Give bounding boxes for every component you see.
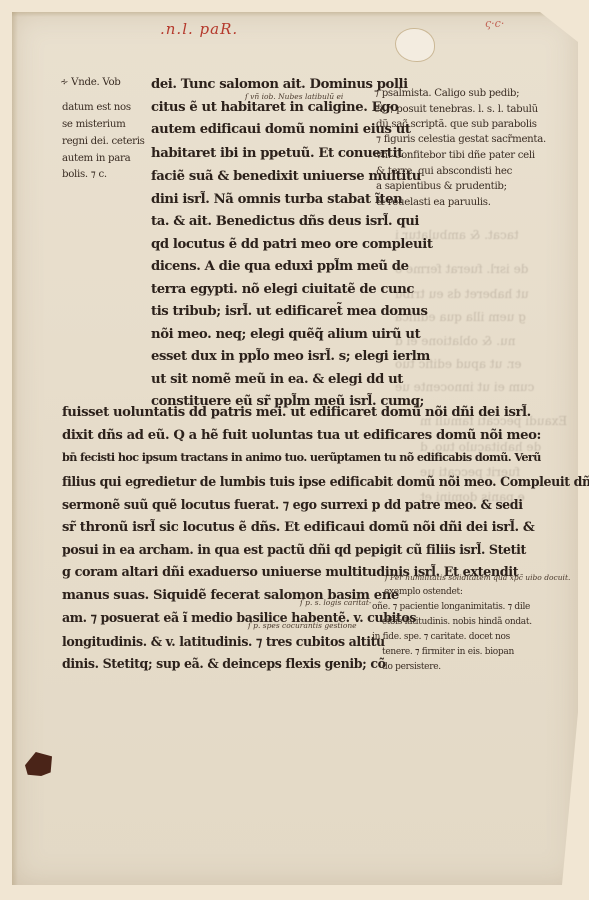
main-text-line: tis tribub; isrl̃. ut edificaret̃ mea do… — [151, 304, 427, 319]
main-text-line: dini isrl̃. Nã omnis turba stabat ĩten — [151, 192, 402, 207]
main-text-line: nõi meo. neq; elegi quẽq̃ alium uirũ ut — [151, 327, 420, 342]
main-text-line: terra egypti. nõ elegi ciuitatẽ de cunc — [151, 282, 414, 297]
parchment-hole — [395, 28, 435, 62]
main-text-line: longitudinis. & v. latitudinis. ⁊ tres c… — [62, 634, 385, 649]
main-text-line: dei. Tunc salomon ait. Dominus polli — [151, 77, 408, 92]
main-text-line: autem edificaui domũ nomini eius ut — [151, 122, 411, 137]
main-text-line: filius qui egredietur de lumbis tuis ips… — [62, 474, 589, 489]
main-text-line: sermonẽ suũ quẽ locutus fuerat. ⁊ ego su… — [62, 497, 523, 512]
left-gloss-line: se misterium — [62, 119, 126, 130]
main-text-line: habitaret ibi in ppetuũ. Et conuertit — [151, 146, 403, 161]
main-text-line: dinis. Stetitq; sup eã. & deinceps flexi… — [62, 656, 386, 671]
verso-show-through: ut haberet ds eu tribu — [395, 287, 529, 301]
left-gloss-line: datum est nos — [62, 102, 131, 113]
right-gloss-line: oñe. ⁊ pacientie longanimitatis. ⁊ dile — [372, 602, 530, 612]
main-text-line: posui in ea archam. in qua est pactũ dñi… — [62, 542, 526, 557]
main-text-line: g coram altari dñi exaduerso uniuerse mu… — [62, 565, 518, 580]
main-text-line: bn̄ fecisti hoc ipsum tractans in animo … — [62, 450, 541, 464]
main-text-line: sr̃ thronũ isrl̃ sic locutus ẽ dñs. Et e… — [62, 520, 534, 535]
folio-mark: ς·c· — [485, 17, 504, 30]
left-gloss-line: ∻ Vnde. Vob — [60, 77, 121, 88]
verso-show-through: cum ei ut innocente ue — [395, 380, 534, 394]
left-gloss-line: regni dei. ceteris — [62, 136, 145, 147]
right-gloss-line: exemplo ostendet: — [384, 587, 463, 597]
right-gloss-line: in fide. spe. ⁊ caritate. docet nos — [372, 632, 510, 642]
main-text-line: am. ⁊ posuerat eã ĩ medio basilice haben… — [62, 610, 416, 625]
main-text-line: qd locutus ẽ dd patri meo ore compleuit — [151, 237, 433, 252]
running-head: .n.l. paR. — [160, 20, 238, 38]
left-gloss-line: autem in para — [62, 153, 130, 164]
left-gloss-line: bolis. ⁊ c. — [62, 169, 107, 180]
right-gloss-line: do persistere. — [382, 662, 441, 672]
main-text-line: fuisset uoluntatis dd patris mei. ut edi… — [62, 405, 531, 420]
main-text-line: esset dux in ppl̃o meo isrl̃. s; elegi i… — [151, 349, 430, 364]
right-gloss-line: tenere. ⁊ firmiter in eis. biopan — [382, 647, 514, 657]
main-text-line: dixit dñs ad eũ. Q a hẽ fuit uoluntas tu… — [62, 428, 541, 443]
main-text-line: manus suas. Siquidẽ fecerat salomon basi… — [62, 588, 399, 603]
main-text-line: ta. & ait. Benedictus dñs deus isrl̃. qu… — [151, 214, 419, 229]
verso-show-through: de isrl. fuerat ferme o — [395, 262, 528, 276]
main-text-line: ut sit nomẽ meũ in ea. & elegi dd ut — [151, 372, 403, 387]
main-text-line: dicens. A die qua eduxi ppl̃m meũ de — [151, 259, 409, 274]
main-text-line: faciẽ suã & benedixit uniuerse multitu — [151, 169, 421, 184]
right-gloss-line: ei. ⁊ posuit tenebras. l. s. l. tabulũ — [374, 104, 538, 115]
right-gloss-line: ctõis latitudinis. nobis hindã ondat. — [382, 617, 532, 627]
main-text-line: citus ẽ ut habitaret in caligine. Ego — [151, 100, 398, 115]
